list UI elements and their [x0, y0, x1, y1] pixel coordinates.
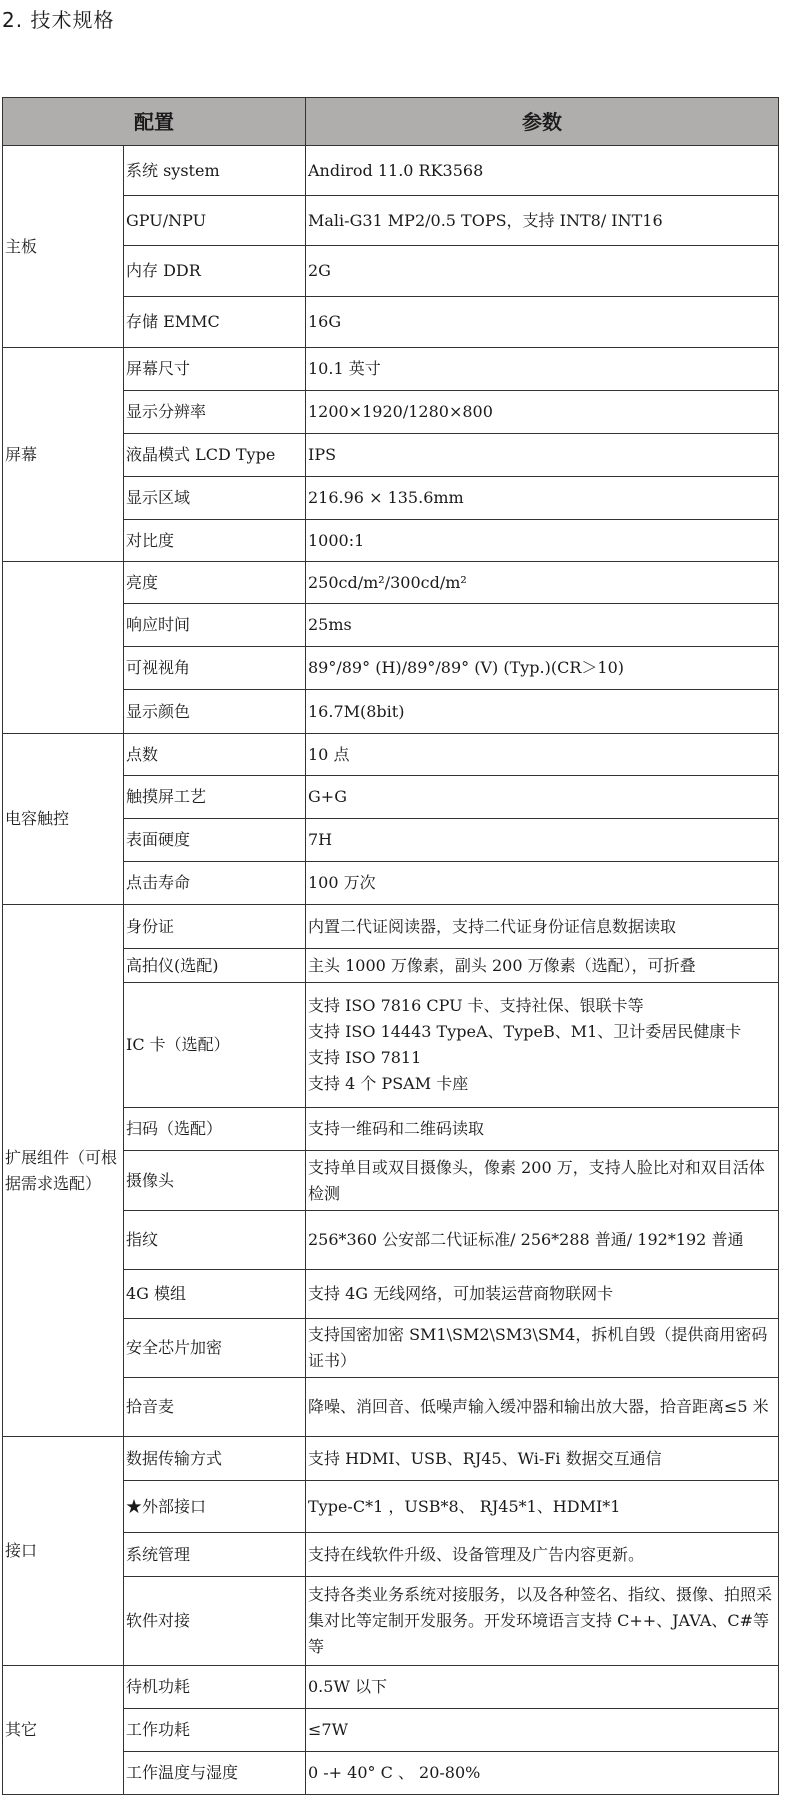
spec-value: 25ms: [306, 604, 779, 647]
spec-value-line: 支持 4G 无线网络，可加装运营商物联网卡: [308, 1281, 776, 1307]
spec-value-line: 100 万次: [308, 870, 776, 896]
spec-name: 液晶模式 LCD Type: [124, 434, 306, 477]
spec-value-line: 10 点: [308, 742, 776, 768]
spec-value-line: 支持在线软件升级、设备管理及广告内容更新。: [308, 1542, 776, 1568]
spec-value: Andirod 11.0 RK3568: [306, 146, 779, 196]
spec-value: 7H: [306, 819, 779, 862]
spec-value: 0.5W 以下: [306, 1666, 779, 1709]
spec-value-line: Andirod 11.0 RK3568: [308, 158, 776, 184]
spec-name: 显示区域: [124, 477, 306, 520]
spec-value-line: 支持 4 个 PSAM 卡座: [308, 1071, 776, 1097]
spec-value: 89°/89° (H)/89°/89° (V) (Typ.)(CR＞10): [306, 647, 779, 690]
spec-value-line: Mali-G31 MP2/0.5 TOPS，支持 INT8/ INT16: [308, 208, 776, 234]
spec-value-line: 支持 HDMI、USB、RJ45、Wi-Fi 数据交互通信: [308, 1446, 776, 1472]
spec-value: 0 -+ 40° C 、 20-80%: [306, 1752, 779, 1795]
spec-value-line: 0 -+ 40° C 、 20-80%: [308, 1760, 776, 1786]
spec-value-line: 16G: [308, 309, 776, 335]
spec-name: 屏幕尺寸: [124, 348, 306, 391]
group-label: 扩展组件（可根据需求选配）: [3, 905, 124, 1437]
spec-name: 系统 system: [124, 146, 306, 196]
spec-value: 支持 HDMI、USB、RJ45、Wi-Fi 数据交互通信: [306, 1437, 779, 1481]
spec-name: 工作温度与湿度: [124, 1752, 306, 1795]
spec-value: 降噪、消回音、低噪声输入缓冲器和输出放大器，拾音距离≤5 米: [306, 1378, 779, 1437]
spec-value-line: 1000:1: [308, 528, 776, 554]
spec-value: Type-C*1 ，USB*8、 RJ45*1、HDMI*1: [306, 1481, 779, 1533]
table-header-row: 配置 参数: [3, 98, 779, 146]
spec-value-line: 支持单目或双目摄像头，像素 200 万，支持人脸比对和双目活体检测: [308, 1155, 776, 1207]
spec-name: 系统管理: [124, 1533, 306, 1577]
spec-name: 软件对接: [124, 1577, 306, 1666]
spec-name: 点数: [124, 734, 306, 776]
spec-name: 可视视角: [124, 647, 306, 690]
spec-value: 250cd/m²/300cd/m²: [306, 562, 779, 604]
spec-value: 16.7M(8bit): [306, 690, 779, 734]
spec-value-line: G+G: [308, 784, 776, 810]
spec-value: 主头 1000 万像素，副头 200 万像素（选配），可折叠: [306, 949, 779, 983]
spec-value-line: 支持各类业务系统对接服务，以及各种签名、指纹、摄像、拍照采集对比等定制开发服务。…: [308, 1582, 776, 1660]
spec-name: 4G 模组: [124, 1270, 306, 1319]
spec-name: 指纹: [124, 1211, 306, 1270]
spec-value: 支持在线软件升级、设备管理及广告内容更新。: [306, 1533, 779, 1577]
spec-table: 配置 参数 主板系统 systemAndirod 11.0 RK3568GPU/…: [2, 97, 779, 1795]
spec-name: 响应时间: [124, 604, 306, 647]
spec-value: 2G: [306, 246, 779, 297]
spec-value-line: 2G: [308, 258, 776, 284]
spec-value: 支持 ISO 7816 CPU 卡、支持社保、银联卡等支持 ISO 14443 …: [306, 983, 779, 1108]
spec-value-line: 1200×1920/1280×800: [308, 399, 776, 425]
group-label: 接口: [3, 1437, 124, 1666]
group-label: 主板: [3, 146, 124, 348]
spec-value: 支持各类业务系统对接服务，以及各种签名、指纹、摄像、拍照采集对比等定制开发服务。…: [306, 1577, 779, 1666]
spec-value: 1000:1: [306, 520, 779, 562]
table-row: 其它待机功耗0.5W 以下: [3, 1666, 779, 1709]
section-title: 2. 技术规格: [2, 4, 114, 33]
spec-value: 支持 4G 无线网络，可加装运营商物联网卡: [306, 1270, 779, 1319]
spec-value-line: 16.7M(8bit): [308, 699, 776, 725]
spec-name: GPU/NPU: [124, 196, 306, 246]
spec-value-line: 7H: [308, 827, 776, 853]
header-params: 参数: [306, 98, 779, 146]
spec-value: Mali-G31 MP2/0.5 TOPS，支持 INT8/ INT16: [306, 196, 779, 246]
spec-name: 身份证: [124, 905, 306, 949]
spec-name: 对比度: [124, 520, 306, 562]
header-config: 配置: [3, 98, 306, 146]
spec-value-line: 10.1 英寸: [308, 356, 776, 382]
table-row: 电容触控点数10 点: [3, 734, 779, 776]
group-label: 屏幕: [3, 348, 124, 562]
group-label: 电容触控: [3, 734, 124, 905]
spec-value-line: IPS: [308, 442, 776, 468]
spec-name: 显示分辨率: [124, 391, 306, 434]
spec-value-line: Type-C*1 ，USB*8、 RJ45*1、HDMI*1: [308, 1494, 776, 1520]
spec-name: 表面硬度: [124, 819, 306, 862]
spec-value: 支持单目或双目摄像头，像素 200 万，支持人脸比对和双目活体检测: [306, 1151, 779, 1211]
spec-name: 数据传输方式: [124, 1437, 306, 1481]
spec-value: G+G: [306, 776, 779, 819]
spec-name: 高拍仪(选配): [124, 949, 306, 983]
spec-value-line: 降噪、消回音、低噪声输入缓冲器和输出放大器，拾音距离≤5 米: [308, 1394, 776, 1420]
spec-value-line: ≤7W: [308, 1717, 776, 1743]
spec-value: ≤7W: [306, 1709, 779, 1752]
spec-value-line: 主头 1000 万像素，副头 200 万像素（选配），可折叠: [308, 953, 776, 979]
spec-value: 内置二代证阅读器，支持二代证身份证信息数据读取: [306, 905, 779, 949]
spec-name: IC 卡（选配）: [124, 983, 306, 1108]
spec-name: 亮度: [124, 562, 306, 604]
group-label: [3, 562, 124, 734]
spec-value: 100 万次: [306, 862, 779, 905]
table-row: 亮度250cd/m²/300cd/m²: [3, 562, 779, 604]
spec-value-line: 内置二代证阅读器，支持二代证身份证信息数据读取: [308, 914, 776, 940]
spec-value: 10 点: [306, 734, 779, 776]
spec-name: 摄像头: [124, 1151, 306, 1211]
spec-value: 支持一维码和二维码读取: [306, 1108, 779, 1151]
spec-value-line: 250cd/m²/300cd/m²: [308, 570, 776, 596]
spec-name: 存储 EMMC: [124, 297, 306, 348]
table-row: 接口数据传输方式支持 HDMI、USB、RJ45、Wi-Fi 数据交互通信: [3, 1437, 779, 1481]
spec-value-line: 支持国密加密 SM1\SM2\SM3\SM4，拆机自毁（提供商用密码证书）: [308, 1322, 776, 1374]
spec-value-line: 支持一维码和二维码读取: [308, 1116, 776, 1142]
spec-name: 拾音麦: [124, 1378, 306, 1437]
table-row: 屏幕屏幕尺寸10.1 英寸: [3, 348, 779, 391]
spec-value-line: 25ms: [308, 612, 776, 638]
spec-value-line: 256*360 公安部二代证标准/ 256*288 普通/ 192*192 普通: [308, 1227, 776, 1253]
spec-name: 触摸屏工艺: [124, 776, 306, 819]
table-row: 扩展组件（可根据需求选配）身份证内置二代证阅读器，支持二代证身份证信息数据读取: [3, 905, 779, 949]
spec-value: 10.1 英寸: [306, 348, 779, 391]
spec-name: 点击寿命: [124, 862, 306, 905]
spec-name: 显示颜色: [124, 690, 306, 734]
spec-name: ★外部接口: [124, 1481, 306, 1533]
spec-value-line: 支持 ISO 14443 TypeA、TypeB、M1、卫计委居民健康卡: [308, 1019, 776, 1045]
spec-value: IPS: [306, 434, 779, 477]
spec-value-line: 89°/89° (H)/89°/89° (V) (Typ.)(CR＞10): [308, 655, 776, 681]
spec-value: 1200×1920/1280×800: [306, 391, 779, 434]
spec-value: 支持国密加密 SM1\SM2\SM3\SM4，拆机自毁（提供商用密码证书）: [306, 1319, 779, 1378]
group-label: 其它: [3, 1666, 124, 1795]
spec-value-line: 支持 ISO 7811: [308, 1045, 776, 1071]
spec-name: 内存 DDR: [124, 246, 306, 297]
spec-value: 256*360 公安部二代证标准/ 256*288 普通/ 192*192 普通: [306, 1211, 779, 1270]
spec-table-body: 主板系统 systemAndirod 11.0 RK3568GPU/NPUMal…: [3, 146, 779, 1795]
spec-name: 工作功耗: [124, 1709, 306, 1752]
spec-value-line: 支持 ISO 7816 CPU 卡、支持社保、银联卡等: [308, 993, 776, 1019]
spec-value-line: 0.5W 以下: [308, 1674, 776, 1700]
table-row: 主板系统 systemAndirod 11.0 RK3568: [3, 146, 779, 196]
spec-value: 16G: [306, 297, 779, 348]
spec-value: 216.96 × 135.6mm: [306, 477, 779, 520]
spec-name: 安全芯片加密: [124, 1319, 306, 1378]
spec-name: 待机功耗: [124, 1666, 306, 1709]
spec-value-line: 216.96 × 135.6mm: [308, 485, 776, 511]
spec-name: 扫码（选配）: [124, 1108, 306, 1151]
